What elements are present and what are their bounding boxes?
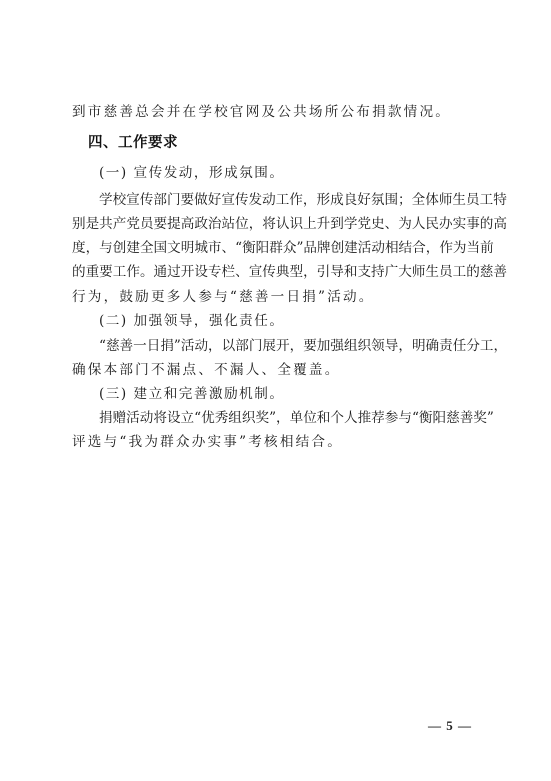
- paragraph-continuation: 到市慈善总会并在学校官网及公共场所公布捐款情况。: [72, 103, 484, 121]
- document-page: 到市慈善总会并在学校官网及公共场所公布捐款情况。 四、工作要求 (一) 宣传发动…: [0, 0, 551, 781]
- paragraph-1-line-2: 别是共产党员要提高政治站位，将认识上升到学党史、为人民办实事的高: [72, 215, 484, 233]
- subheading-2: (二) 加强领导，强化责任。: [99, 312, 484, 330]
- paragraph-1-line-1: 学校宣传部门要做好宣传发动工作，形成良好氛围；全体师生员工特: [99, 191, 484, 209]
- paragraph-3-line-2: 评选与“我为群众办实事”考核相结合。: [72, 433, 484, 451]
- paragraph-2-line-1: “慈善一日捐”活动，以部门展开，要加强组织领导，明确责任分工，: [99, 337, 484, 355]
- paragraph-1-line-5: 行为，鼓励更多人参与“慈善一日捐”活动。: [72, 288, 484, 306]
- page-number: — 5 —: [428, 718, 472, 734]
- paragraph-1-line-3: 度，与创建全国文明城市、“衡阳群众”品牌创建活动相结合，作为当前: [72, 239, 484, 257]
- paragraph-2-line-2: 确保本部门不漏点、不漏人、全覆盖。: [72, 361, 484, 379]
- section-heading: 四、工作要求: [88, 134, 178, 152]
- paragraph-1-line-4: 的重要工作。通过开设专栏、宣传典型，引导和支持广大师生员工的慈善: [72, 263, 484, 281]
- paragraph-3-line-1: 捐赠活动将设立“优秀组织奖”，单位和个人推荐参与“衡阳慈善奖”: [99, 409, 484, 427]
- subheading-3: (三) 建立和完善激励机制。: [99, 385, 484, 403]
- subheading-1: (一) 宣传发动，形成氛围。: [99, 164, 484, 182]
